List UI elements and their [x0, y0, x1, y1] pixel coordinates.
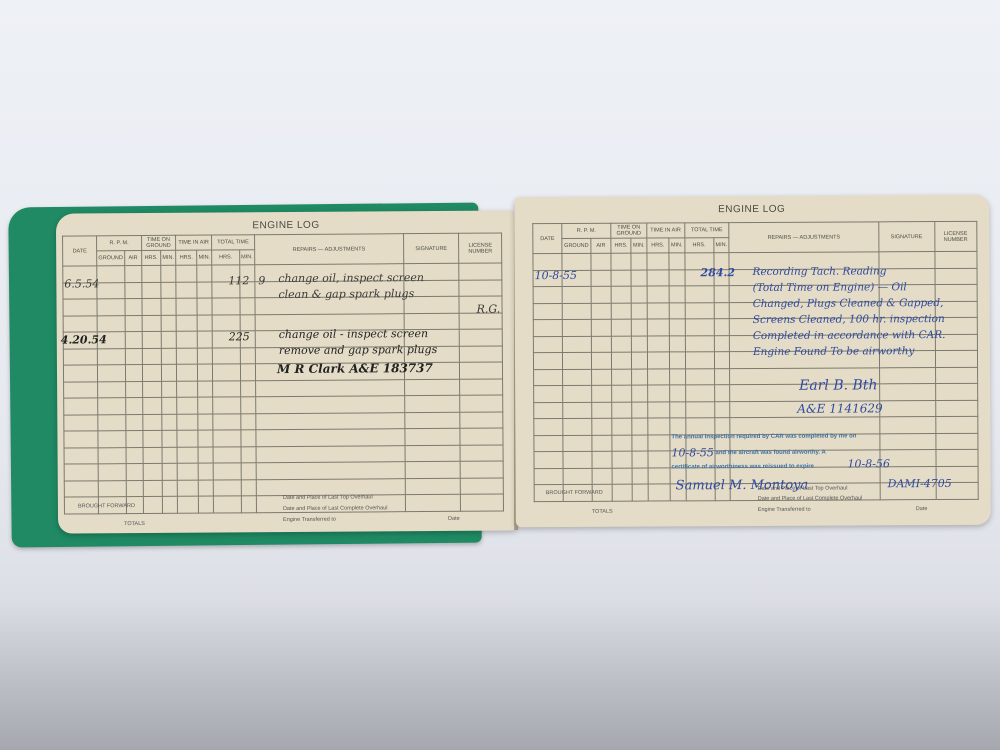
col-rpm-air: AIR [591, 238, 611, 253]
expire-date: 10-8-56 [848, 457, 891, 470]
entry-repairs: Changed, Plugs Cleaned & Gapped, [753, 297, 944, 310]
date-label: Date [916, 506, 928, 512]
brought-forward-label: BROUGHT FORWARD [546, 490, 603, 496]
right-page: ENGINE LOG DATE R. P. M. TIME ON GROUND … [514, 195, 991, 527]
col-repairs: REPAIRS — ADJUSTMENTS [729, 222, 879, 253]
col-rpm-ground: GROUND [97, 251, 125, 266]
entry-repairs: (Total Time on Engine) — Oil [753, 281, 907, 294]
col-min: MIN. [631, 238, 647, 253]
entry-repairs: Recording Tach. Reading [753, 265, 887, 278]
col-signature: SIGNATURE [879, 222, 935, 252]
col-min: MIN. [669, 238, 685, 253]
totals-label: TOTALS [592, 509, 613, 515]
mechanic-license: A&E 1141629 [797, 401, 882, 415]
col-min: MIN. [714, 238, 730, 253]
table-surface [0, 600, 1000, 750]
entry-repairs: change oil - inspect screen [279, 327, 428, 341]
totals-label: TOTALS [124, 521, 145, 527]
page-title: ENGINE LOG [514, 203, 989, 216]
entry-signature: M R Clark A&E 183737 [277, 361, 433, 376]
col-hrs: HRS. [685, 238, 714, 253]
page-title: ENGINE LOG [56, 218, 516, 232]
transferred-label: Engine Transferred to [283, 517, 336, 523]
entry-total-hrs: 225 [229, 330, 250, 343]
col-license: LICENSE NUMBER [459, 233, 502, 263]
entry-repairs: remove and gap spark plugs [279, 343, 437, 357]
complete-overhaul-label: Date and Place of Last Complete Overhaul [283, 505, 388, 512]
entry-total-hrs: 284.2 [701, 266, 736, 279]
col-hrs: HRS. [141, 250, 160, 265]
top-overhaul-label: Date and Place of Last Top Overhaul [283, 494, 373, 501]
transferred-label: Engine Transferred to [758, 507, 811, 513]
col-date: DATE [533, 223, 562, 253]
col-total-time: TOTAL TIME [212, 235, 255, 250]
annual-inspection-stamp: The annual inspection required by CAR wa… [671, 433, 856, 440]
col-min: MIN. [239, 250, 254, 265]
col-time-on-ground: TIME ON GROUND [141, 235, 175, 250]
col-total-time: TOTAL TIME [684, 223, 729, 238]
inspection-date: 10-8-55 [671, 446, 714, 459]
col-date: DATE [63, 236, 97, 266]
col-min: MIN. [197, 250, 212, 265]
entry-date: 10-8-55 [535, 269, 578, 282]
col-hrs: HRS. [212, 250, 240, 265]
entry-repairs: change oil, inspect screen [278, 271, 424, 285]
entry-repairs: Screens Cleaned, 100 hr. inspection [753, 313, 945, 326]
col-min: MIN. [161, 250, 176, 265]
complete-overhaul-label: Date and Place of Last Complete Overhaul [758, 495, 863, 502]
col-rpm-ground: GROUND [562, 238, 591, 253]
col-time-in-air: TIME IN AIR [175, 235, 211, 250]
col-license: LICENSE NUMBER [934, 221, 977, 251]
date-label: Date [448, 516, 460, 522]
top-overhaul-label: Date and Place of Last Top Overhaul [758, 486, 848, 492]
col-hrs: HRS. [176, 250, 197, 265]
col-repairs: REPAIRS — ADJUSTMENTS [254, 234, 403, 265]
col-hrs: HRS. [611, 238, 631, 253]
entry-total-min: 9 [258, 274, 265, 287]
log-table: DATE R. P. M. TIME ON GROUND TIME IN AIR… [532, 221, 978, 502]
entry-date: 6.5.54 [64, 277, 99, 290]
col-time-in-air: TIME IN AIR [647, 223, 685, 238]
col-signature: SIGNATURE [403, 233, 459, 263]
entry-repairs: clean & gap spark plugs [278, 287, 414, 301]
entry-total-hrs: 112 [228, 274, 249, 287]
entry-repairs: Engine Found To be airworthy [753, 345, 914, 358]
stamp-text: and the aircraft was found airworthy. A [715, 450, 825, 457]
left-page: ENGINE LOG DATE R. P. M. TIME ON GROUND … [56, 210, 518, 533]
brought-forward-label: BROUGHT FORWARD [78, 503, 135, 509]
col-rpm: R. P. M. [97, 236, 142, 251]
col-rpm: R. P. M. [562, 223, 611, 238]
entry-repairs: Completed in accordance with CAR. [753, 329, 946, 342]
entry-initials: R.G. [477, 303, 501, 316]
col-time-on-ground: TIME ON GROUND [611, 223, 647, 238]
col-hrs: HRS. [647, 238, 669, 253]
stamp-text: certificate of airworthiness was reissue… [672, 464, 814, 471]
inspector-number: DAMI-4705 [888, 477, 952, 490]
col-rpm-air: AIR [124, 251, 141, 266]
mechanic-signature: Earl B. Bth [799, 377, 877, 393]
entry-date: 4.20.54 [61, 333, 107, 346]
